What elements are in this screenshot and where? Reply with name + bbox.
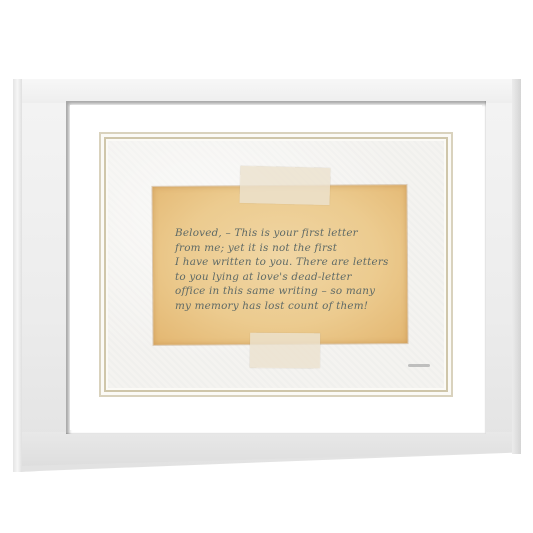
letter-line: Beloved, – This is your first letter	[175, 226, 400, 241]
letter-line: to you lying at love's dead-letter	[175, 270, 400, 285]
letter-line: my memory has lost count of them!	[175, 299, 400, 314]
letter-line: from me; yet it is not the first	[175, 241, 400, 256]
tape-bottom	[250, 333, 320, 369]
artist-signature	[408, 364, 430, 367]
letter-line: office in this same writing – so many	[175, 284, 400, 299]
frame-left-edge	[13, 79, 22, 472]
frame-top-face	[22, 79, 512, 103]
handwritten-letter: Beloved, – This is your first letter fro…	[175, 226, 400, 314]
frame-right-edge	[512, 79, 521, 454]
tape-top	[240, 166, 331, 205]
letter-line: I have written to you. There are letters	[175, 255, 400, 270]
